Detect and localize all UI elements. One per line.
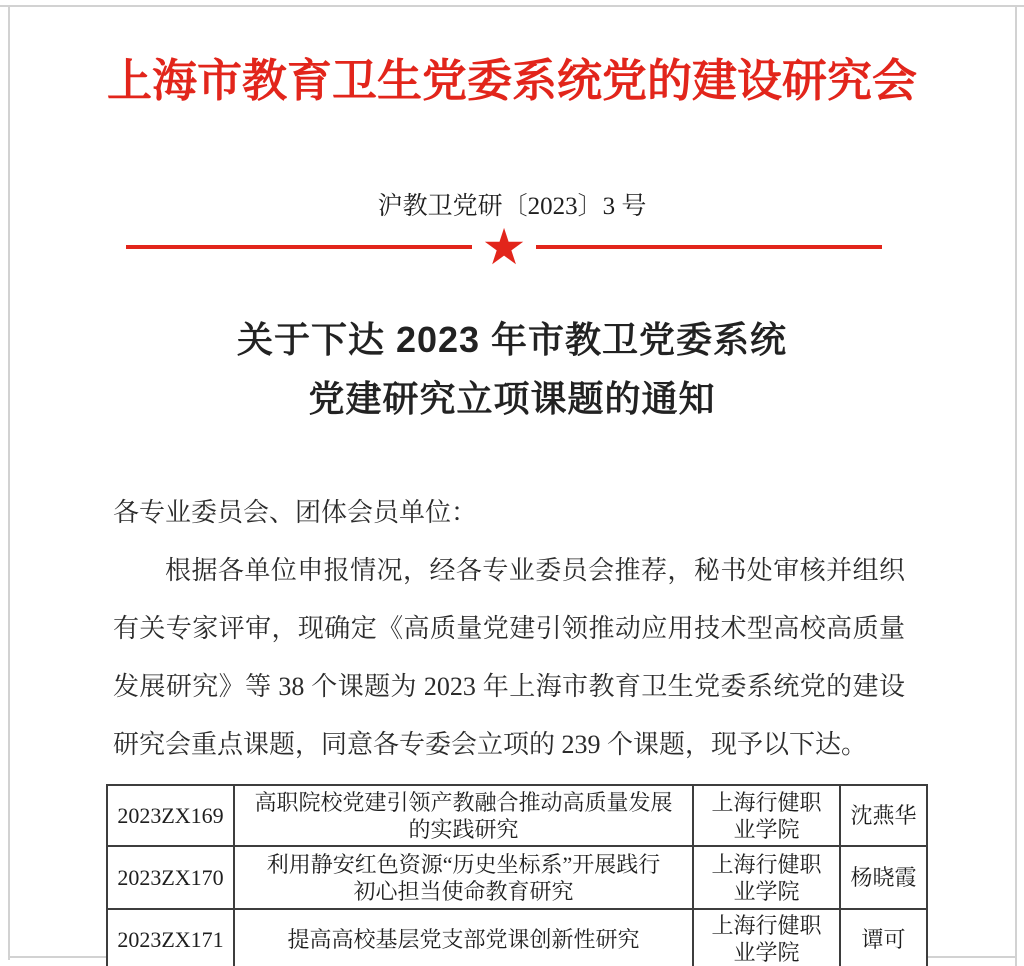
cell-topic-title: 利用静安红色资源“历史坐标系”开展践行 初心担当使命教育研究 <box>234 846 693 909</box>
cell-institution: 上海行健职 业学院 <box>693 785 840 846</box>
table-row: 2023ZX171 提高高校基层党支部党课创新性研究 上海行健职 业学院 谭可 <box>107 909 927 966</box>
cell-topic-title: 高职院校党建引领产教融合推动高质量发展 的实践研究 <box>234 785 693 846</box>
page-edge-right <box>1015 5 1017 966</box>
cell-leader-name: 谭可 <box>840 909 927 966</box>
body-line-4: 研究会重点课题，同意各专委会立项的 239 个课题，现予以下达。 <box>113 716 905 774</box>
body-line-1: 根据各单位申报情况，经各专业委员会推荐，秘书处审核并组织 <box>113 542 905 600</box>
red-rule-right-segment <box>536 245 882 249</box>
body-line-2: 有关专家评审，现确定《高质量党建引领推动应用技术型高校高质量 <box>113 600 905 658</box>
cell-institution: 上海行健职 业学院 <box>693 909 840 966</box>
org-title: 上海市教育卫生党委系统党的建设研究会 <box>0 54 1024 108</box>
cell-topic-title: 提高高校基层党支部党课创新性研究 <box>234 909 693 966</box>
cell-institution: 上海行健职 业学院 <box>693 846 840 909</box>
cell-topic-id: 2023ZX169 <box>107 785 234 846</box>
page-edge-left <box>8 5 10 960</box>
table-row: 2023ZX170 利用静安红色资源“历史坐标系”开展践行 初心担当使命教育研究… <box>107 846 927 909</box>
body-text: 各专业委员会、团体会员单位： 根据各单位申报情况，经各专业委员会推荐，秘书处审核… <box>113 484 905 774</box>
cell-topic-id: 2023ZX171 <box>107 909 234 966</box>
red-rule-left-segment <box>126 245 472 249</box>
notice-title-line-2: 党建研究立项课题的通知 <box>0 377 1024 421</box>
red-star-icon: ★ <box>482 224 527 270</box>
topics-table: 2023ZX169 高职院校党建引领产教融合推动高质量发展 的实践研究 上海行健… <box>106 784 928 966</box>
cell-topic-id: 2023ZX170 <box>107 846 234 909</box>
document-page: 上海市教育卫生党委系统党的建设研究会 沪教卫党研〔2023〕3 号 ★ 关于下达… <box>0 0 1024 966</box>
body-line-3: 发展研究》等 38 个课题为 2023 年上海市教育卫生党委系统党的建设 <box>113 658 905 716</box>
salutation: 各专业委员会、团体会员单位： <box>113 484 905 542</box>
cell-leader-name: 杨晓霞 <box>840 846 927 909</box>
table-row: 2023ZX169 高职院校党建引领产教融合推动高质量发展 的实践研究 上海行健… <box>107 785 927 846</box>
red-rule: ★ <box>126 224 882 270</box>
page-edge-top <box>0 5 1024 7</box>
cell-leader-name: 沈燕华 <box>840 785 927 846</box>
notice-title-line-1: 关于下达 2023 年市教卫党委系统 <box>0 318 1024 362</box>
